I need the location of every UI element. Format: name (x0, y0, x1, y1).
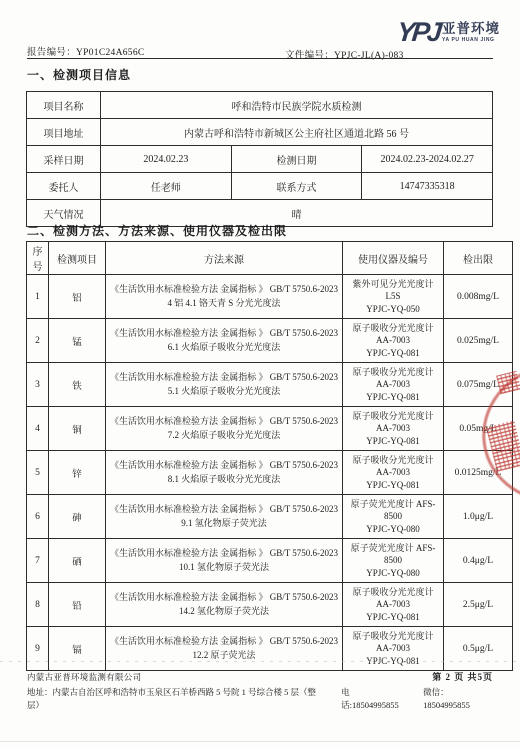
row-method: 《生活饮用水标准检验方法 金属指标 》 GB/T 5750.6-2023 8.1… (106, 451, 343, 495)
table-row: 9 镉 《生活饮用水标准检验方法 金属指标 》 GB/T 5750.6-2023… (27, 627, 513, 671)
row-instrument: 原子吸收分光光度计 AA-7003YPJC-YQ-081 (343, 363, 444, 407)
logo-text: 亚普环境 YA PU HUAN JING (442, 22, 500, 43)
row-instrument: 原子吸收分光光度计 AA-7003YPJC-YQ-081 (343, 583, 444, 627)
instrument-number: YPJC-YQ-081 (346, 391, 440, 403)
logo-name-cn: 亚普环境 (442, 22, 500, 36)
logo-monogram-icon: YPJ (396, 19, 441, 46)
row-no: 3 (27, 363, 49, 407)
test-date-value: 2024.02.23-2024.02.27 (362, 146, 493, 173)
table-header-row: 序号 检测项目 方法来源 使用仪器及编号 检出限 (27, 242, 513, 275)
table-row: 委托人 任老师 联系方式 14747335318 (27, 173, 493, 200)
row-item: 镉 (49, 627, 106, 671)
instrument-number: YPJC-YQ-081 (346, 435, 440, 447)
row-no: 8 (27, 583, 49, 627)
sampling-date-label: 采样日期 (27, 146, 101, 173)
row-instrument: 原子吸收分光光度计 AA-7003YPJC-YQ-081 (343, 407, 444, 451)
instrument-number: YPJC-YQ-081 (346, 611, 440, 623)
report-number-value: YP01C24A656C (76, 48, 145, 58)
row-method: 《生活饮用水标准检验方法 金属指标 》 GB/T 5750.6-2023 9.1… (106, 495, 343, 539)
project-name-value: 呼和浩特市民族学院水质检测 (101, 92, 493, 119)
row-no: 9 (27, 627, 49, 671)
table-row: 7 硒 《生活饮用水标准检验方法 金属指标 》 GB/T 5750.6-2023… (27, 539, 513, 583)
instrument-number: YPJC-YQ-080 (346, 523, 440, 535)
instrument-number: YPJC-YQ-081 (346, 347, 440, 359)
logo-name-en: YA PU HUAN JING (442, 38, 500, 43)
test-date-label: 检测日期 (231, 146, 362, 173)
page-number: 第 2 页 共5页 (432, 671, 493, 685)
report-page: 报告编号：YP01C24A656C 文件编号：YPJC-JL(A)-083 YP… (0, 0, 520, 748)
col-header-instrument: 使用仪器及编号 (343, 242, 444, 275)
instrument-name: 原子吸收分光光度计 AA-7003 (346, 410, 440, 434)
instrument-number: YPJC-YQ-080 (346, 567, 440, 579)
table-row: 8 铅 《生活饮用水标准检验方法 金属指标 》 GB/T 5750.6-2023… (27, 583, 513, 627)
row-no: 4 (27, 407, 49, 451)
col-header-no: 序号 (27, 242, 49, 275)
project-address-label: 项目地址 (27, 119, 101, 146)
project-info-table: 项目名称 呼和浩特市民族学院水质检测 项目地址 内蒙古呼和浩特市新城区公主府社区… (26, 91, 493, 227)
row-limit: 0.4μg/L (444, 539, 513, 583)
footer-phone: 电话:18504995855 (341, 686, 405, 712)
company-logo: YPJ 亚普环境 YA PU HUAN JING (397, 19, 500, 46)
instrument-name: 原子吸收分光光度计 AA-7003 (346, 454, 440, 478)
report-number-label: 报告编号： (27, 48, 76, 58)
row-method: 《生活饮用水标准检验方法 金属指标 》 GB/T 5750.6-2023 6.1… (106, 319, 343, 363)
project-name-label: 项目名称 (27, 92, 101, 119)
row-item: 铜 (49, 407, 106, 451)
row-method: 《生活饮用水标准检验方法 金属指标 》 GB/T 5750.6-2023 4 铝… (106, 275, 343, 319)
row-item: 锰 (49, 319, 106, 363)
table-row: 5 锌 《生活饮用水标准检验方法 金属指标 》 GB/T 5750.6-2023… (27, 451, 513, 495)
instrument-name: 原子荧光光度计 AFS-8500 (346, 542, 440, 566)
instrument-name: 原子吸收分光光度计 AA-7003 (346, 366, 440, 390)
table-row: 项目名称 呼和浩特市民族学院水质检测 (27, 92, 493, 119)
row-method: 《生活饮用水标准检验方法 金属指标 》 GB/T 5750.6-2023 14.… (106, 583, 343, 627)
report-number: 报告编号：YP01C24A656C (27, 44, 145, 58)
row-item: 硒 (49, 539, 106, 583)
row-no: 1 (27, 275, 49, 319)
row-no: 6 (27, 495, 49, 539)
footer-wechat: 微信：18504995855 (423, 686, 493, 712)
header-rule (27, 58, 493, 59)
row-item: 铅 (49, 583, 106, 627)
row-instrument: 原子荧光光度计 AFS-8500YPJC-YQ-080 (343, 495, 444, 539)
table-row: 4 铜 《生活饮用水标准检验方法 金属指标 》 GB/T 5750.6-2023… (27, 407, 513, 451)
footer-row-1: 内蒙古亚普环境监测有限公司 第 2 页 共5页 (27, 671, 493, 685)
row-no: 7 (27, 539, 49, 583)
row-method: 《生活饮用水标准检验方法 金属指标 》 GB/T 5750.6-2023 12.… (106, 627, 343, 671)
table-row: 3 铁 《生活饮用水标准检验方法 金属指标 》 GB/T 5750.6-2023… (27, 363, 513, 407)
row-item: 铝 (49, 275, 106, 319)
scan-artifact-line (0, 661, 520, 662)
table-row: 采样日期 2024.02.23 检测日期 2024.02.23-2024.02.… (27, 146, 493, 173)
col-header-item: 检测项目 (49, 242, 106, 275)
sampling-date-value: 2024.02.23 (101, 146, 232, 173)
client-value: 任老师 (101, 173, 232, 200)
row-item: 砷 (49, 495, 106, 539)
row-limit: 2.5μg/L (444, 583, 513, 627)
client-label: 委托人 (27, 173, 101, 200)
section1-title: 一、检测项目信息 (27, 66, 131, 83)
row-instrument: 紫外可见分光光度计 L5SYPJC-YQ-050 (343, 275, 444, 319)
col-header-method: 方法来源 (106, 242, 343, 275)
instrument-name: 紫外可见分光光度计 L5S (346, 278, 440, 302)
section2-title: 二、检测方法、方法来源、使用仪器及检出限 (27, 222, 287, 239)
table-row: 2 锰 《生活饮用水标准检验方法 金属指标 》 GB/T 5750.6-2023… (27, 319, 513, 363)
row-limit: 0.008mg/L (444, 275, 513, 319)
footer-address: 地址：内蒙古自治区呼和浩特市玉泉区石羊桥西路 5 号院 1 号综合楼 5 层（整… (27, 686, 323, 712)
row-method: 《生活饮用水标准检验方法 金属指标 》 GB/T 5750.6-2023 7.2… (106, 407, 343, 451)
col-header-limit: 检出限 (444, 242, 513, 275)
file-number-label: 文件编号： (285, 51, 334, 61)
row-item: 锌 (49, 451, 106, 495)
contact-value: 14747335318 (362, 173, 493, 200)
instrument-name: 原子吸收分光光度计 AA-7003 (346, 630, 440, 654)
file-number-value: YPJC-JL(A)-083 (334, 51, 404, 61)
row-method: 《生活饮用水标准检验方法 金属指标 》 GB/T 5750.6-2023 5.1… (106, 363, 343, 407)
instrument-name: 原子荧光光度计 AFS-8500 (346, 498, 440, 522)
project-address-value: 内蒙古呼和浩特市新城区公主府社区通道北路 56 号 (101, 119, 493, 146)
contact-label: 联系方式 (231, 173, 362, 200)
row-no: 2 (27, 319, 49, 363)
row-limit: 0.5μg/L (444, 627, 513, 671)
footer-company-name: 内蒙古亚普环境监测有限公司 (27, 671, 141, 684)
methods-table: 序号 检测项目 方法来源 使用仪器及编号 检出限 1 铝 《生活饮用水标准检验方… (26, 241, 513, 671)
row-method: 《生活饮用水标准检验方法 金属指标 》 GB/T 5750.6-2023 10.… (106, 539, 343, 583)
table-row: 6 砷 《生活饮用水标准检验方法 金属指标 》 GB/T 5750.6-2023… (27, 495, 513, 539)
table-row: 1 铝 《生活饮用水标准检验方法 金属指标 》 GB/T 5750.6-2023… (27, 275, 513, 319)
instrument-number: YPJC-YQ-081 (346, 479, 440, 491)
row-limit: 0.025mg/L (444, 319, 513, 363)
row-limit: 1.0μg/L (444, 495, 513, 539)
footer-row-2: 地址：内蒙古自治区呼和浩特市玉泉区石羊桥西路 5 号院 1 号综合楼 5 层（整… (27, 686, 493, 712)
row-instrument: 原子吸收分光光度计 AA-7003YPJC-YQ-081 (343, 627, 444, 671)
instrument-name: 原子吸收分光光度计 AA-7003 (346, 586, 440, 610)
table-row: 项目地址 内蒙古呼和浩特市新城区公主府社区通道北路 56 号 (27, 119, 493, 146)
row-instrument: 原子荧光光度计 AFS-8500YPJC-YQ-080 (343, 539, 444, 583)
page-footer: 内蒙古亚普环境监测有限公司 第 2 页 共5页 地址：内蒙古自治区呼和浩特市玉泉… (27, 671, 493, 712)
row-instrument: 原子吸收分光光度计 AA-7003YPJC-YQ-081 (343, 319, 444, 363)
instrument-number: YPJC-YQ-050 (346, 303, 440, 315)
instrument-name: 原子吸收分光光度计 AA-7003 (346, 322, 440, 346)
row-instrument: 原子吸收分光光度计 AA-7003YPJC-YQ-081 (343, 451, 444, 495)
page-bottom-edge (0, 741, 520, 742)
row-no: 5 (27, 451, 49, 495)
row-item: 铁 (49, 363, 106, 407)
